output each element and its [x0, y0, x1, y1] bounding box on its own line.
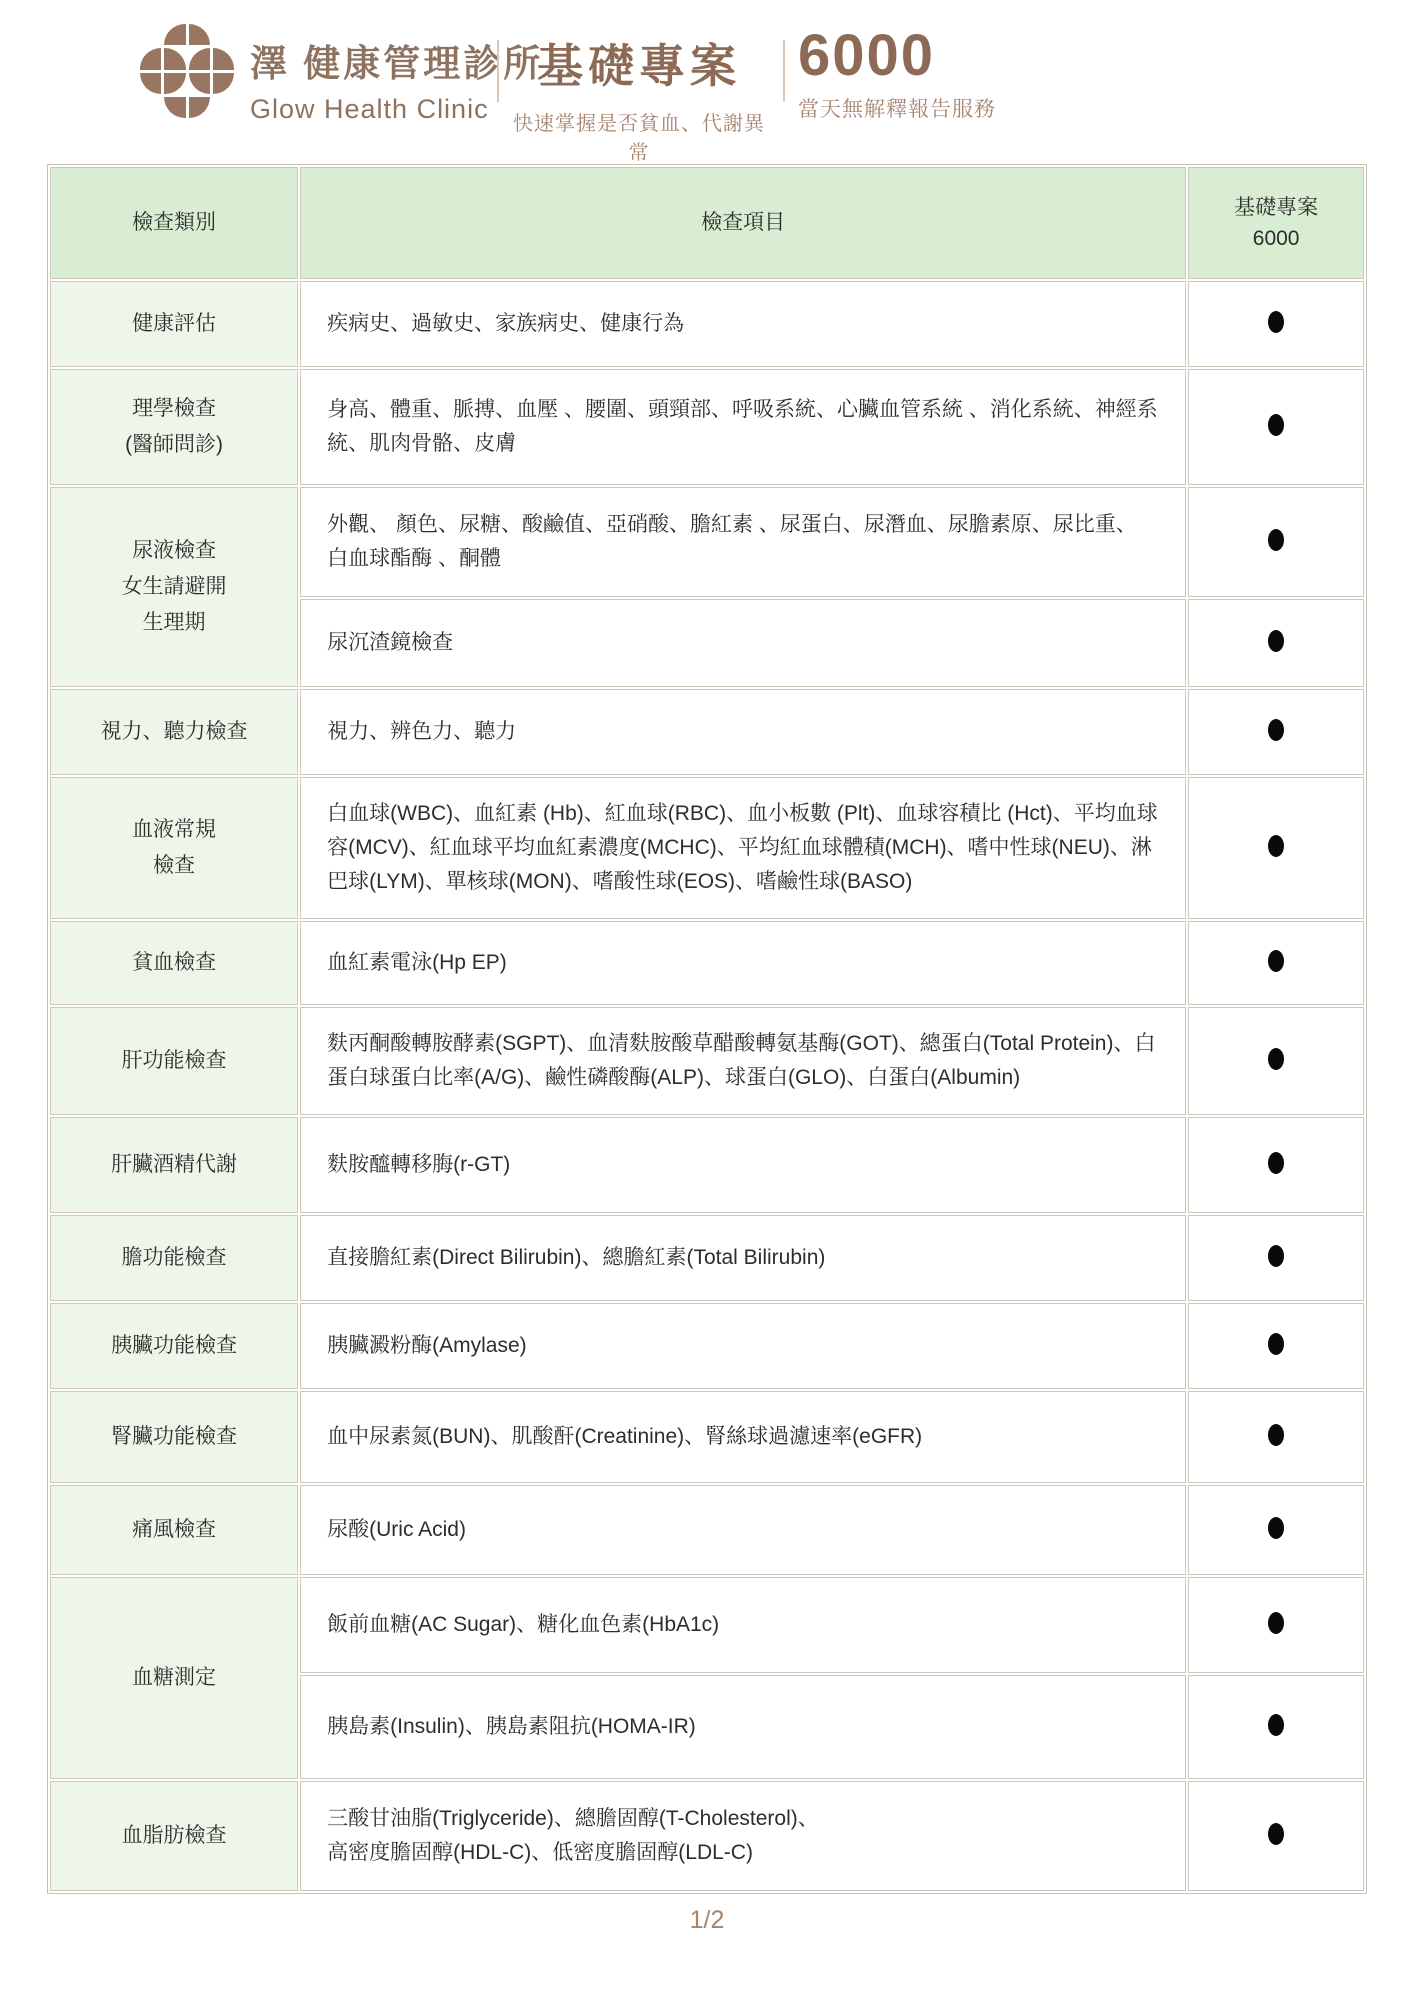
included-mark-cell [1188, 599, 1364, 687]
category-cell: 視力、聽力檢查 [50, 689, 298, 775]
logo-tile [213, 73, 234, 94]
table-row: 視力、聽力檢查視力、辨色力、聽力 [50, 689, 1364, 775]
logo-tile [164, 73, 185, 94]
items-cell: 疾病史、過敏史、家族病史、健康行為 [300, 281, 1186, 367]
category-line: 視力、聽力檢查 [59, 714, 289, 750]
column-header-plan-name: 基礎專案 [1189, 192, 1363, 224]
plan-subtitle: 快速掌握是否貧血、代謝異常 [503, 107, 775, 165]
table-row: 肝功能檢查麩丙酮酸轉胺酵素(SGPT)、血清麩胺酸草醋酸轉氨基酶(GOT)、總蛋… [50, 1007, 1364, 1115]
category-line: 血糖測定 [59, 1660, 289, 1696]
included-mark-cell [1188, 1391, 1364, 1483]
document-page: 澤 健康管理診所 Glow Health Clinic 基礎專案 快速掌握是否貧… [0, 0, 1414, 2000]
items-line: 血中尿素氮(BUN)、肌酸酐(Creatinine)、腎絲球過濾速率(eGFR) [327, 1420, 1159, 1454]
header-divider [497, 40, 499, 102]
category-line: 理學檢查 [59, 391, 289, 427]
page-header: 澤 健康管理診所 Glow Health Clinic 基礎專案 快速掌握是否貧… [0, 0, 1414, 135]
category-cell: 痛風檢查 [50, 1485, 298, 1575]
logo-tile [213, 97, 234, 118]
items-line: 白血球酯酶 、酮體 [327, 542, 1159, 576]
items-cell: 麩丙酮酸轉胺酵素(SGPT)、血清麩胺酸草醋酸轉氨基酶(GOT)、總蛋白(Tot… [300, 1007, 1186, 1115]
logo-tile [140, 24, 161, 45]
category-cell: 血糖測定 [50, 1577, 298, 1779]
included-dot-icon [1268, 1823, 1284, 1845]
category-line: 腎臟功能檢查 [59, 1419, 289, 1455]
included-dot-icon [1268, 1245, 1284, 1267]
category-line: 血液常規 [59, 812, 289, 848]
items-cell: 麩胺醯轉移脢(r-GT) [300, 1117, 1186, 1213]
items-cell: 外觀、 顏色、尿糖、酸鹼值、亞硝酸、膽紅素 、尿蛋白、尿潛血、尿膽素原、尿比重、… [300, 487, 1186, 597]
category-cell: 貧血檢查 [50, 921, 298, 1005]
logo-tile [189, 97, 210, 118]
items-line: 麩胺醯轉移脢(r-GT) [327, 1148, 1159, 1182]
included-mark-cell [1188, 777, 1364, 919]
table-row: 肝臟酒精代謝麩胺醯轉移脢(r-GT) [50, 1117, 1364, 1213]
items-line: 胰臟澱粉酶(Amylase) [327, 1329, 1159, 1363]
items-line: 三酸甘油脂(Triglyceride)、總膽固醇(T-Cholesterol)、 [327, 1802, 1159, 1836]
category-cell: 肝功能檢查 [50, 1007, 298, 1115]
plan-title-block: 基礎專案 快速掌握是否貧血、代謝異常 [503, 30, 775, 165]
included-mark-cell [1188, 1485, 1364, 1575]
category-line: 胰臟功能檢查 [59, 1328, 289, 1364]
category-line: 肝臟酒精代謝 [59, 1147, 289, 1183]
included-mark-cell [1188, 921, 1364, 1005]
category-line: 貧血檢查 [59, 945, 289, 981]
category-line: 血脂肪檢查 [59, 1818, 289, 1854]
included-dot-icon [1268, 1517, 1284, 1539]
clinic-name-en: Glow Health Clinic [250, 94, 543, 125]
items-cell: 血中尿素氮(BUN)、肌酸酐(Creatinine)、腎絲球過濾速率(eGFR) [300, 1391, 1186, 1483]
table-row: 理學檢查(醫師問診)身高、體重、脈搏、血壓 、腰圍、頭頸部、呼吸系統、心臟血管系… [50, 369, 1364, 485]
included-dot-icon [1268, 1612, 1284, 1634]
category-cell: 理學檢查(醫師問診) [50, 369, 298, 485]
items-cell: 身高、體重、脈搏、血壓 、腰圍、頭頸部、呼吸系統、心臟血管系統 、消化系統、神經… [300, 369, 1186, 485]
items-line: 尿酸(Uric Acid) [327, 1513, 1159, 1547]
items-line: 麩丙酮酸轉胺酵素(SGPT)、血清麩胺酸草醋酸轉氨基酶(GOT)、總蛋白(Tot… [327, 1027, 1159, 1095]
logo-tile [164, 24, 185, 45]
items-line: 飯前血糖(AC Sugar)、糖化血色素(HbA1c) [327, 1608, 1159, 1642]
category-cell: 尿液檢查女生請避開生理期 [50, 487, 298, 687]
table-row: 痛風檢查尿酸(Uric Acid) [50, 1485, 1364, 1575]
items-line: 疾病史、過敏史、家族病史、健康行為 [327, 307, 1159, 341]
table-row: 血脂肪檢查三酸甘油脂(Triglyceride)、總膽固醇(T-Choleste… [50, 1781, 1364, 1891]
column-header-items: 檢查項目 [300, 167, 1186, 279]
included-mark-cell [1188, 1303, 1364, 1389]
included-dot-icon [1268, 1048, 1284, 1070]
category-cell: 血脂肪檢查 [50, 1781, 298, 1891]
table-row: 尿液檢查女生請避開生理期外觀、 顏色、尿糖、酸鹼值、亞硝酸、膽紅素 、尿蛋白、尿… [50, 487, 1364, 597]
items-line: 高密度膽固醇(HDL-C)、低密度膽固醇(LDL-C) [327, 1836, 1159, 1870]
included-mark-cell [1188, 281, 1364, 367]
category-line: 健康評估 [59, 306, 289, 342]
included-mark-cell [1188, 1215, 1364, 1301]
header-divider [783, 40, 785, 102]
items-cell: 三酸甘油脂(Triglyceride)、總膽固醇(T-Cholesterol)、… [300, 1781, 1186, 1891]
category-line: 肝功能檢查 [59, 1043, 289, 1079]
included-mark-cell [1188, 1117, 1364, 1213]
category-line: (醫師問診) [59, 427, 289, 463]
items-cell: 血紅素電泳(Hp EP) [300, 921, 1186, 1005]
table-row: 膽功能檢查直接膽紅素(Direct Bilirubin)、總膽紅素(Total … [50, 1215, 1364, 1301]
items-line: 視力、辨色力、聽力 [327, 715, 1159, 749]
plan-price-block: 6000 當天無解釋報告服務 [798, 22, 1058, 123]
logo-tile [140, 97, 161, 118]
items-cell: 胰臟澱粉酶(Amylase) [300, 1303, 1186, 1389]
included-dot-icon [1268, 414, 1284, 436]
included-dot-icon [1268, 630, 1284, 652]
category-line: 膽功能檢查 [59, 1240, 289, 1276]
logo-tile [213, 24, 234, 45]
logo-tile [213, 48, 234, 69]
plan-price-note: 當天無解釋報告服務 [798, 93, 1058, 123]
included-mark-cell [1188, 689, 1364, 775]
plan-price: 6000 [798, 22, 1058, 89]
included-dot-icon [1268, 1152, 1284, 1174]
plan-title: 基礎專案 [503, 30, 775, 96]
table-row: 胰臟功能檢查胰臟澱粉酶(Amylase) [50, 1303, 1364, 1389]
items-line: 尿沉渣鏡檢查 [327, 626, 1159, 660]
column-header-plan: 基礎專案 6000 [1188, 167, 1364, 279]
table-row: 血液常規檢查白血球(WBC)、血紅素 (Hb)、紅血球(RBC)、血小板數 (P… [50, 777, 1364, 919]
category-cell: 胰臟功能檢查 [50, 1303, 298, 1389]
items-line: 外觀、 顏色、尿糖、酸鹼值、亞硝酸、膽紅素 、尿蛋白、尿潛血、尿膽素原、尿比重、 [327, 508, 1159, 542]
page-number: 1/2 [0, 1906, 1414, 1935]
items-cell: 尿酸(Uric Acid) [300, 1485, 1186, 1575]
items-cell: 胰島素(Insulin)、胰島素阻抗(HOMA-IR) [300, 1675, 1186, 1779]
category-line: 女生請避開 [59, 569, 289, 605]
items-cell: 直接膽紅素(Direct Bilirubin)、總膽紅素(Total Bilir… [300, 1215, 1186, 1301]
included-mark-cell [1188, 1007, 1364, 1115]
items-line: 身高、體重、脈搏、血壓 、腰圍、頭頸部、呼吸系統、心臟血管系統 、消化系統、神經… [327, 393, 1159, 461]
category-line: 尿液檢查 [59, 533, 289, 569]
included-dot-icon [1268, 950, 1284, 972]
category-line: 生理期 [59, 605, 289, 641]
table-row: 健康評估疾病史、過敏史、家族病史、健康行為 [50, 281, 1364, 367]
included-dot-icon [1268, 529, 1284, 551]
table-row: 貧血檢查血紅素電泳(Hp EP) [50, 921, 1364, 1005]
category-line: 痛風檢查 [59, 1512, 289, 1548]
category-cell: 腎臟功能檢查 [50, 1391, 298, 1483]
logo-tile [164, 97, 185, 118]
clinic-name-zh: 澤 健康管理診所 [250, 33, 543, 87]
included-dot-icon [1268, 1424, 1284, 1446]
included-mark-cell [1188, 487, 1364, 597]
included-dot-icon [1268, 835, 1284, 857]
table-row: 腎臟功能檢查血中尿素氮(BUN)、肌酸酐(Creatinine)、腎絲球過濾速率… [50, 1391, 1364, 1483]
category-line: 檢查 [59, 848, 289, 884]
category-cell: 血液常規檢查 [50, 777, 298, 919]
included-mark-cell [1188, 1577, 1364, 1673]
included-dot-icon [1268, 719, 1284, 741]
included-mark-cell [1188, 1781, 1364, 1891]
table-body: 健康評估疾病史、過敏史、家族病史、健康行為理學檢查(醫師問診)身高、體重、脈搏、… [50, 281, 1364, 1891]
included-mark-cell [1188, 369, 1364, 485]
logo-tile [189, 73, 210, 94]
logo-tile [164, 48, 185, 69]
included-dot-icon [1268, 1333, 1284, 1355]
column-header-category: 檢查類別 [50, 167, 298, 279]
checkup-table: 檢查類別 檢查項目 基礎專案 6000 健康評估疾病史、過敏史、家族病史、健康行… [47, 164, 1367, 1894]
items-cell: 白血球(WBC)、血紅素 (Hb)、紅血球(RBC)、血小板數 (Plt)、血球… [300, 777, 1186, 919]
table-header-row: 檢查類別 檢查項目 基礎專案 6000 [50, 167, 1364, 279]
column-header-plan-price: 6000 [1189, 223, 1363, 255]
logo-tile [140, 48, 161, 69]
logo-tile [140, 73, 161, 94]
items-line: 白血球(WBC)、血紅素 (Hb)、紅血球(RBC)、血小板數 (Plt)、血球… [327, 797, 1159, 899]
items-line: 血紅素電泳(Hp EP) [327, 946, 1159, 980]
included-dot-icon [1268, 311, 1284, 333]
category-cell: 健康評估 [50, 281, 298, 367]
logo-tile [189, 48, 210, 69]
logo-tile [189, 24, 210, 45]
items-cell: 尿沉渣鏡檢查 [300, 599, 1186, 687]
clinic-logo-icon [140, 24, 234, 118]
items-line: 胰島素(Insulin)、胰島素阻抗(HOMA-IR) [327, 1710, 1159, 1744]
included-dot-icon [1268, 1714, 1284, 1736]
items-cell: 飯前血糖(AC Sugar)、糖化血色素(HbA1c) [300, 1577, 1186, 1673]
included-mark-cell [1188, 1675, 1364, 1779]
items-cell: 視力、辨色力、聽力 [300, 689, 1186, 775]
clinic-name-block: 澤 健康管理診所 Glow Health Clinic [250, 33, 543, 125]
category-cell: 肝臟酒精代謝 [50, 1117, 298, 1213]
category-cell: 膽功能檢查 [50, 1215, 298, 1301]
items-line: 直接膽紅素(Direct Bilirubin)、總膽紅素(Total Bilir… [327, 1241, 1159, 1275]
table-row: 血糖測定飯前血糖(AC Sugar)、糖化血色素(HbA1c) [50, 1577, 1364, 1673]
